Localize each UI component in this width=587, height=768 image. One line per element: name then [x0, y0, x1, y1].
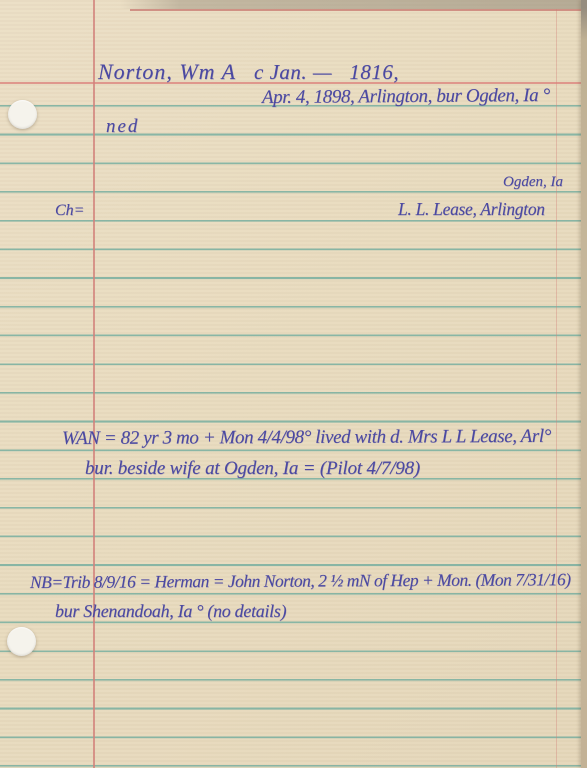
handwritten-obit-note-line1: NB=Trib 8/9/16 = Herman = John Norton, 2… — [30, 569, 571, 593]
top-edge-red-line — [130, 9, 587, 11]
page-top-edge — [0, 0, 587, 9]
handwritten-death-line: Apr. 4, 1898, Arlington, bur Ogden, Ia ° — [262, 85, 550, 109]
notebook-page: Norton, Wm A c Jan. — 1816, Apr. 4, 1898… — [0, 0, 587, 768]
right-margin-line — [556, 9, 557, 768]
hole-punch-top — [8, 100, 37, 129]
handwritten-name: Norton, Wm A — [98, 59, 236, 85]
hole-punch-bottom — [7, 627, 36, 656]
handwritten-residence: Ogden, Ia — [503, 174, 563, 191]
handwritten-death-note-line1: WAN = 82 yr 3 mo + Mon 4/4/98° lived wit… — [62, 426, 551, 450]
page-right-edge — [581, 0, 587, 768]
handwritten-children-abbrev: Ch= — [55, 202, 84, 220]
handwritten-daughter-name: L. L. Lease, Arlington — [398, 199, 545, 220]
handwritten-death-note-line2: bur. beside wife at Ogden, Ia = (Pilot 4… — [85, 458, 420, 480]
handwritten-birth-date: c Jan. — 1816, — [254, 60, 399, 85]
left-margin-line — [93, 0, 95, 768]
handwritten-obit-note-line2: bur Shenandoah, Ia ° (no details) — [55, 601, 286, 622]
handwritten-married-abbrev: ned — [106, 116, 139, 138]
